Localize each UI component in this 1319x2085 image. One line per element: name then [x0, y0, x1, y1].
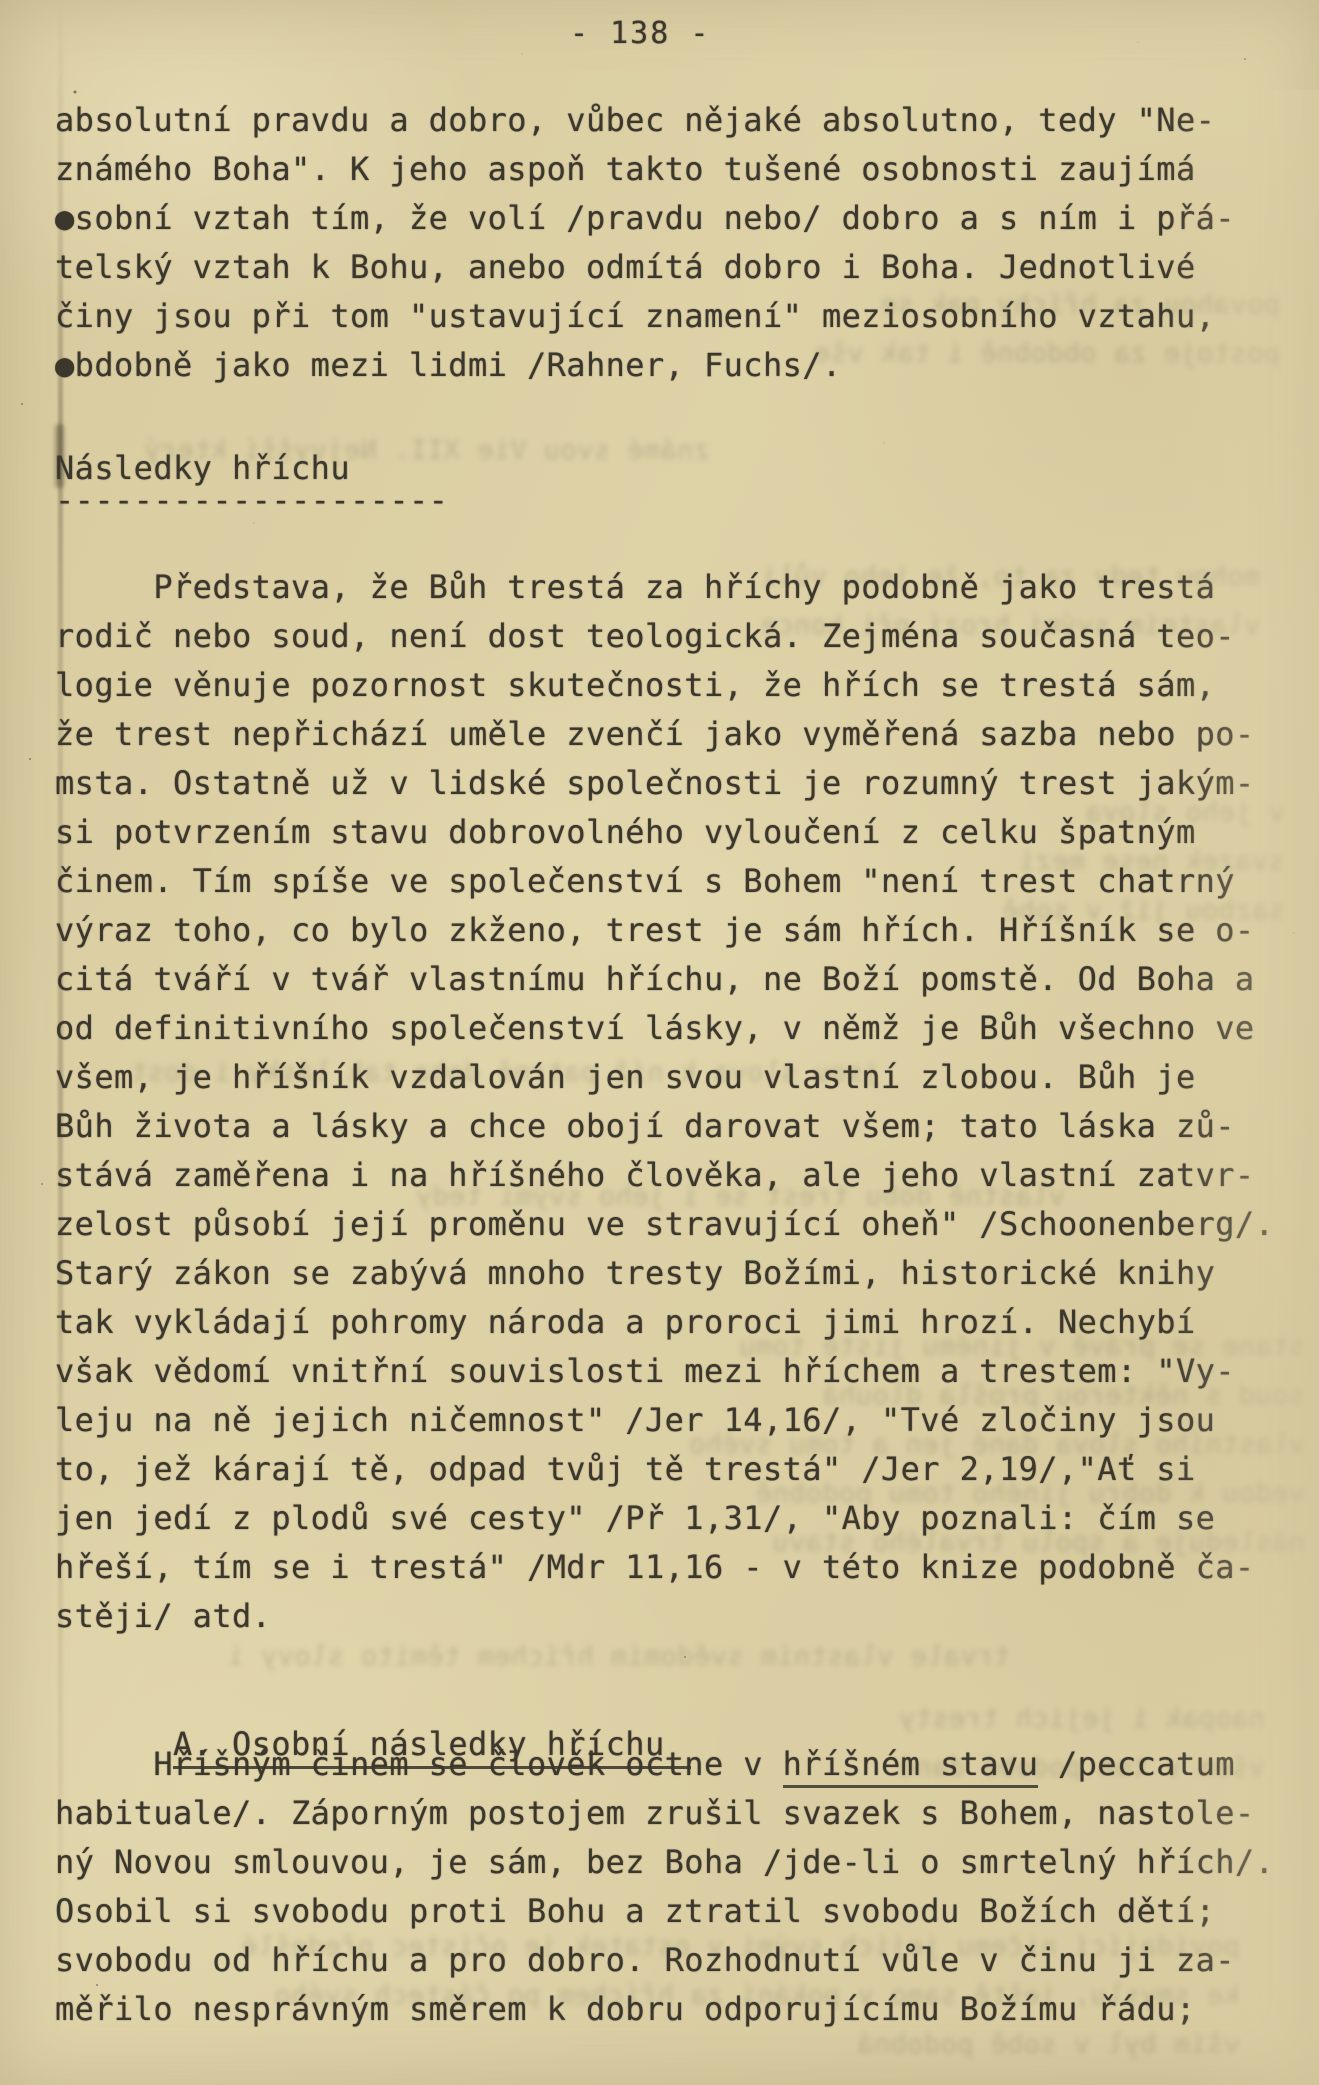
text-line: Hříšným činem se člověk octne v hříšném … [55, 1740, 1310, 1789]
text-line: ●bdobně jako mezi lidmi /Rahner, Fuchs/. [55, 341, 1310, 390]
text-line: hřeší, tím se i trestá" /Mdr 11,16 - v t… [55, 1543, 1310, 1592]
text-line: známého Boha". K jeho aspoň takto tušené… [55, 145, 1310, 194]
subsection-heading: A. Osobní následky hříchu [55, 1671, 1310, 1720]
document-page: povahou za hříchy pak se postoje za obdo… [0, 0, 1319, 2085]
text-line: že trest nepřichází uměle zvenčí jako vy… [55, 710, 1310, 759]
text-line: Starý zákon se zabývá mnoho tresty Božím… [55, 1249, 1310, 1298]
text-line: všem, je hříšník vzdalován jen svou vlas… [55, 1053, 1310, 1102]
text-line: jen jedí z plodů své cesty" /Př 1,31/, "… [55, 1494, 1310, 1543]
text-line: od definitivního společenství lásky, v n… [55, 1004, 1310, 1053]
text-line: však vědomí vnitřní souvislosti mezi hří… [55, 1347, 1310, 1396]
text-line: Bůh života a lásky a chce obojí darovat … [55, 1102, 1310, 1151]
text-line: měřilo nesprávným směrem k dobru odporuj… [55, 1985, 1310, 2034]
text-line: zelost působí její proměnu ve stravující… [55, 1200, 1310, 1249]
text-line: habituale/. Záporným postojem zrušil sva… [55, 1789, 1310, 1838]
page-number: - 138 - [570, 16, 710, 51]
text-line: Představa, že Bůh trestá za hříchy podob… [55, 563, 1310, 612]
text-line: to, jež kárají tě, odpad tvůj tě trestá"… [55, 1445, 1310, 1494]
paragraph-main: Představa, že Bůh trestá za hříchy podob… [55, 563, 1310, 1641]
text-line: stěji/ atd. [55, 1592, 1310, 1641]
text-line: ●sobní vztah tím, že volí /pravdu nebo/ … [55, 194, 1310, 243]
text-line: ný Novou smlouvou, je sám, bez Boha /jde… [55, 1838, 1310, 1887]
text-line: citá tváří v tvář vlastnímu hříchu, ne B… [55, 955, 1310, 1004]
text-line: Osobil si svobodu proti Bohu a ztratil s… [55, 1887, 1310, 1936]
text-line: rodič nebo soud, není dost teologická. Z… [55, 612, 1310, 661]
paragraph-continuation: absolutní pravdu a dobro, vůbec nějaké a… [55, 96, 1310, 390]
text-line: logie věnuje pozornost skutečnosti, že h… [55, 661, 1310, 710]
page-content: absolutní pravdu a dobro, vůbec nějaké a… [55, 96, 1310, 2034]
text-line: msta. Ostatně už v lidské společnosti je… [55, 759, 1310, 808]
paragraph-subsection: Hříšným činem se člověk octne v hříšném … [55, 1740, 1310, 2034]
text-line: tak vykládají pohromy národa a proroci j… [55, 1298, 1310, 1347]
text-line: leju na ně jejich ničemnost" /Jer 14,16/… [55, 1396, 1310, 1445]
text-line: si potvrzením stavu dobrovolného vylouče… [55, 808, 1310, 857]
text-line: absolutní pravdu a dobro, vůbec nějaké a… [55, 96, 1310, 145]
dashed-underline: -------------------- [55, 493, 1310, 525]
dust-specks [0, 0, 4, 4]
section-heading: Následky hříchu -------------------- [55, 444, 1310, 525]
text-line: telský vztah k Bohu, anebo odmítá dobro … [55, 243, 1310, 292]
text-line: svobodu od hříchu a pro dobro. Rozhodnut… [55, 1936, 1310, 1985]
text-line: činem. Tím spíše ve společenství s Bohem… [55, 857, 1310, 906]
text-line: stává zaměřena i na hříšného člověka, al… [55, 1151, 1310, 1200]
text-line: činy jsou při tom "ustavující znamení" m… [55, 292, 1310, 341]
text-line: výraz toho, co bylo zkženo, trest je sám… [55, 906, 1310, 955]
